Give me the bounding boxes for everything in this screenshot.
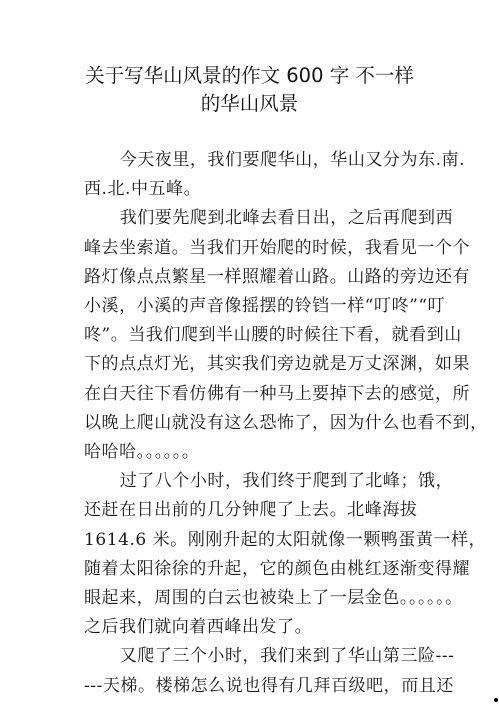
text-line: 眼起来，周围的白云也被染上了一层金色。。。。。。 — [84, 584, 420, 613]
document-page: 关于写华山风景的作文 600 字 不一样 的华山风景 今天夜里，我们要爬华山，华… — [0, 0, 499, 706]
text-line: 在白天往下看仿佛有一种马上要掉下去的感觉，所 — [84, 380, 420, 409]
paragraph: 今天夜里，我们要爬华山，华山又分为东.南. 西.北.中五峰。 — [84, 146, 420, 204]
title-line: 关于写华山风景的作文 600 字 不一样 — [40, 62, 459, 90]
text-line: 又爬了三个小时，我们来到了华山第三险--- — [84, 642, 420, 671]
text-line: 随着太阳徐徐的升起，它的颜色由桃红逐渐变得耀 — [84, 555, 420, 584]
paragraph: 我们要先爬到北峰去看日出，之后再爬到西 峰去坐索道。当我们开始爬的时候，我看见一… — [84, 204, 420, 467]
text-line: 峰去坐索道。当我们开始爬的时候，我看见一个个 — [84, 234, 420, 263]
paragraph: 又爬了三个小时，我们来到了华山第三险--- ---天梯。楼梯怎么说也得有几拜百级… — [84, 642, 420, 700]
text-line: 路灯像点点繁星一样照耀着山路。山路的旁边还有 — [84, 263, 420, 292]
text-line: 我们要先爬到北峰去看日出，之后再爬到西 — [84, 204, 420, 233]
text-line: 还赶在日出前的几分钟爬了上去。北峰海拔 — [84, 496, 420, 525]
text-line: 1614.6 米。刚刚升起的太阳就像一颗鸭蛋黄一样， — [84, 526, 420, 555]
text-line: ---天梯。楼梯怎么说也得有几拜百级吧，而且还 — [84, 672, 420, 701]
text-line: 今天夜里，我们要爬华山，华山又分为东.南. — [84, 146, 420, 175]
page-marker-dot — [494, 698, 498, 702]
text-line: 哈哈哈。。。。。。 — [84, 438, 420, 467]
text-line: 小溪，小溪的声音像摇摆的铃铛一样“叮咚”“叮 — [84, 292, 420, 321]
text-line: 西.北.中五峰。 — [84, 175, 420, 204]
text-line: 之后我们就向着西峰出发了。 — [84, 613, 420, 642]
paragraph: 过了八个小时，我们终于爬到了北峰；饿， 还赶在日出前的几分钟爬了上去。北峰海拔 … — [84, 467, 420, 642]
text-line: 下的点点灯光，其实我们旁边就是万丈深渊，如果 — [84, 350, 420, 379]
document-body: 今天夜里，我们要爬华山，华山又分为东.南. 西.北.中五峰。 我们要先爬到北峰去… — [84, 146, 420, 701]
text-line: 咚”。当我们爬到半山腰的时候往下看，就看到山 — [84, 321, 420, 350]
document-title: 关于写华山风景的作文 600 字 不一样 的华山风景 — [40, 62, 459, 118]
text-line: 以晚上爬山就没有这么恐怖了，因为什么也看不到， — [84, 409, 420, 438]
title-line: 的华山风景 — [40, 90, 459, 118]
text-line: 过了八个小时，我们终于爬到了北峰；饿， — [84, 467, 420, 496]
